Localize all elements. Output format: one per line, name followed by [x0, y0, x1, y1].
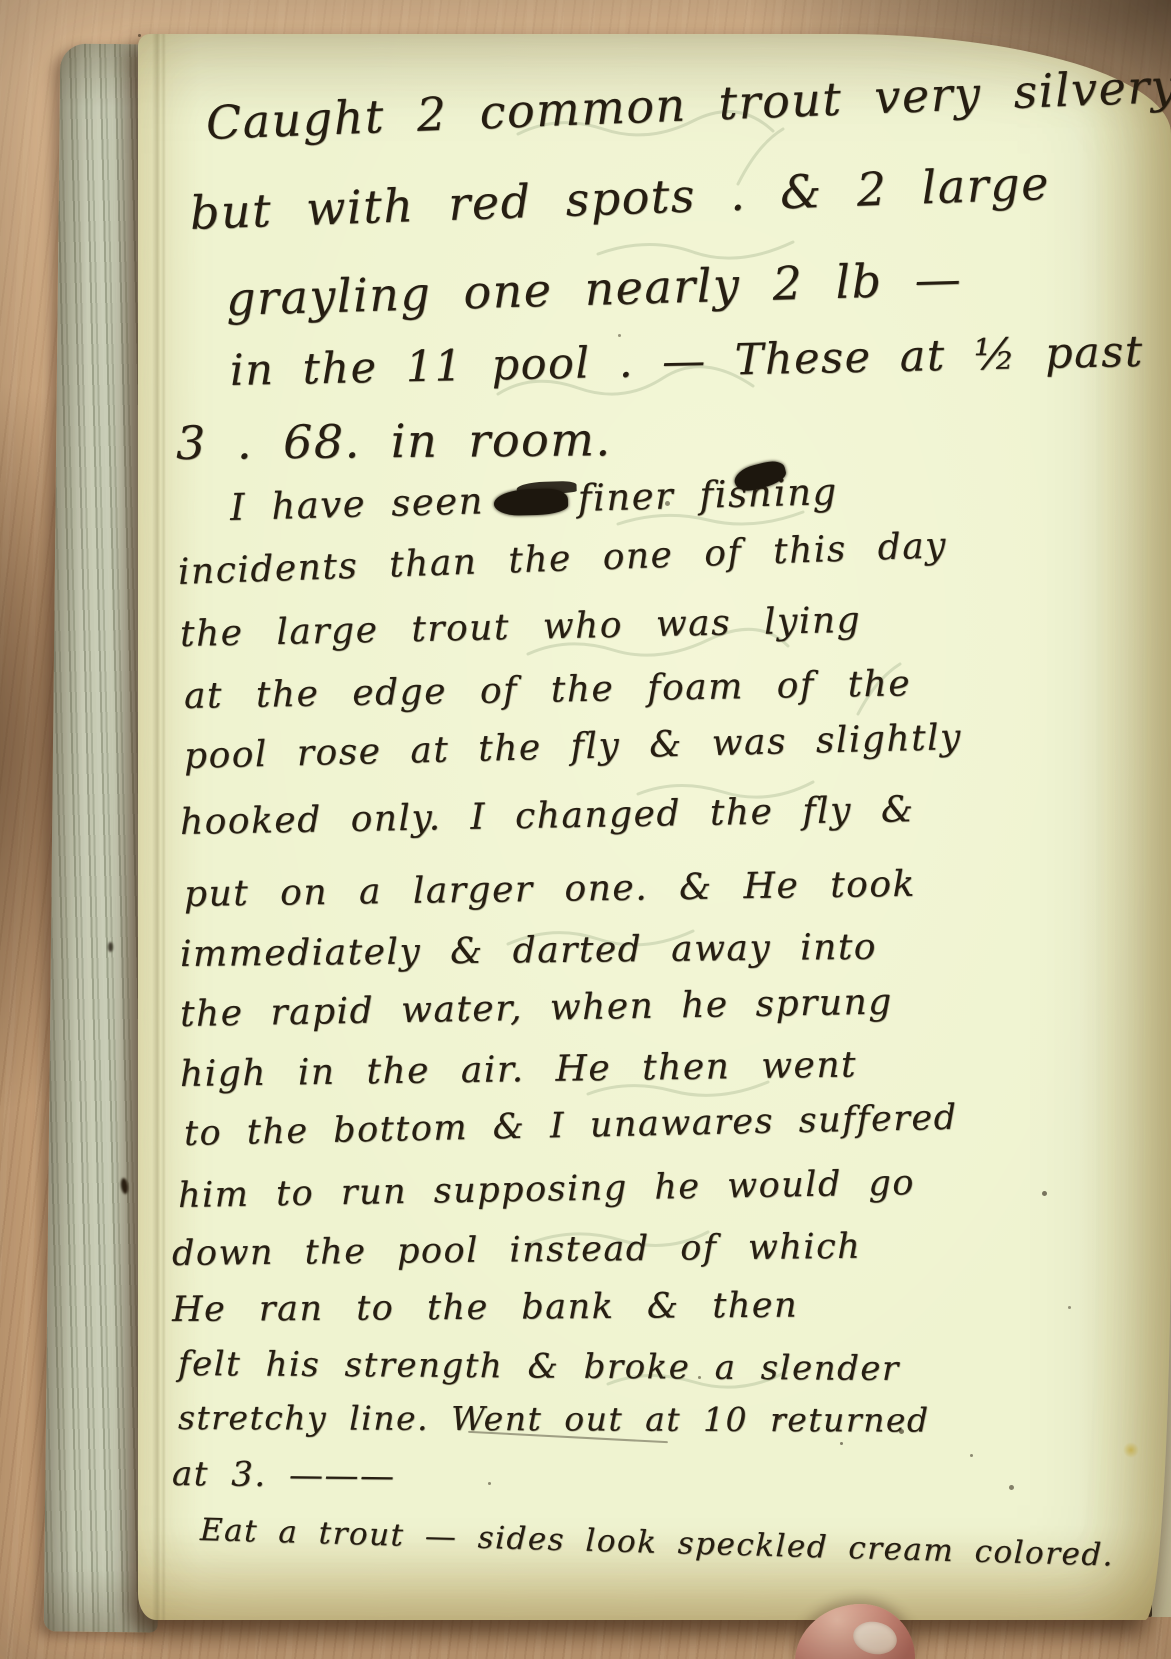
- manuscript-line: immediately & darted away into: [180, 927, 877, 975]
- manuscript-line-part: I have seen: [229, 479, 484, 529]
- ink-flecks: [138, 34, 141, 37]
- manuscript-line: but with red spots . & 2 large: [189, 156, 1051, 240]
- manuscript-line: at the edge of the foam of the: [184, 663, 912, 717]
- manuscript-line: the rapid water, when he sprung: [180, 982, 893, 1035]
- manuscript-line: in the 11 pool . — These at ½ past: [229, 327, 1144, 396]
- manuscript-line: at 3. ———: [172, 1454, 396, 1496]
- manuscript-text: Caught 2 common trout very silvery, but …: [138, 34, 1171, 1620]
- manuscript-line: the large trout who was lying: [180, 600, 862, 655]
- fingernail: [850, 1618, 900, 1658]
- manuscript-line: grayling one nearly 2 lb —: [225, 251, 963, 326]
- manuscript-line: felt his strength & broke a slender: [178, 1344, 900, 1389]
- page-stain: [1123, 1442, 1139, 1458]
- manuscript-line: pool rose at the fly & was slightly: [183, 717, 962, 777]
- manuscript-line: put on a larger one. & He took: [184, 864, 916, 915]
- manuscript-line: him to run supposing he would go: [178, 1163, 916, 1216]
- ink-smudge: [108, 942, 113, 952]
- manuscript-line: down the pool instead of which: [172, 1227, 862, 1274]
- notebook-page: Caught 2 common trout very silvery, but …: [138, 34, 1171, 1620]
- manuscript-line: incidents than the one of this day: [177, 525, 947, 593]
- photo-scene: Caught 2 common trout very silvery, but …: [0, 0, 1171, 1659]
- manuscript-line: He ran to the bank & then: [172, 1286, 798, 1330]
- manuscript-line: 3 . 68. in room.: [176, 412, 612, 470]
- manuscript-line: stretchy line. Went out at 10 returned: [178, 1398, 930, 1440]
- ink-blot: [494, 488, 569, 516]
- manuscript-line: Eat a trout — sides look speckled cream …: [199, 1512, 1114, 1574]
- manuscript-line-part: finer fishing: [577, 470, 838, 520]
- manuscript-line: to the bottom & I unawares suffered: [184, 1098, 958, 1154]
- manuscript-line: high in the air. He then went: [180, 1045, 858, 1095]
- manuscript-line: Caught 2 common trout very silvery,: [205, 58, 1171, 150]
- manuscript-line: hooked only. I changed the fly &: [180, 789, 915, 843]
